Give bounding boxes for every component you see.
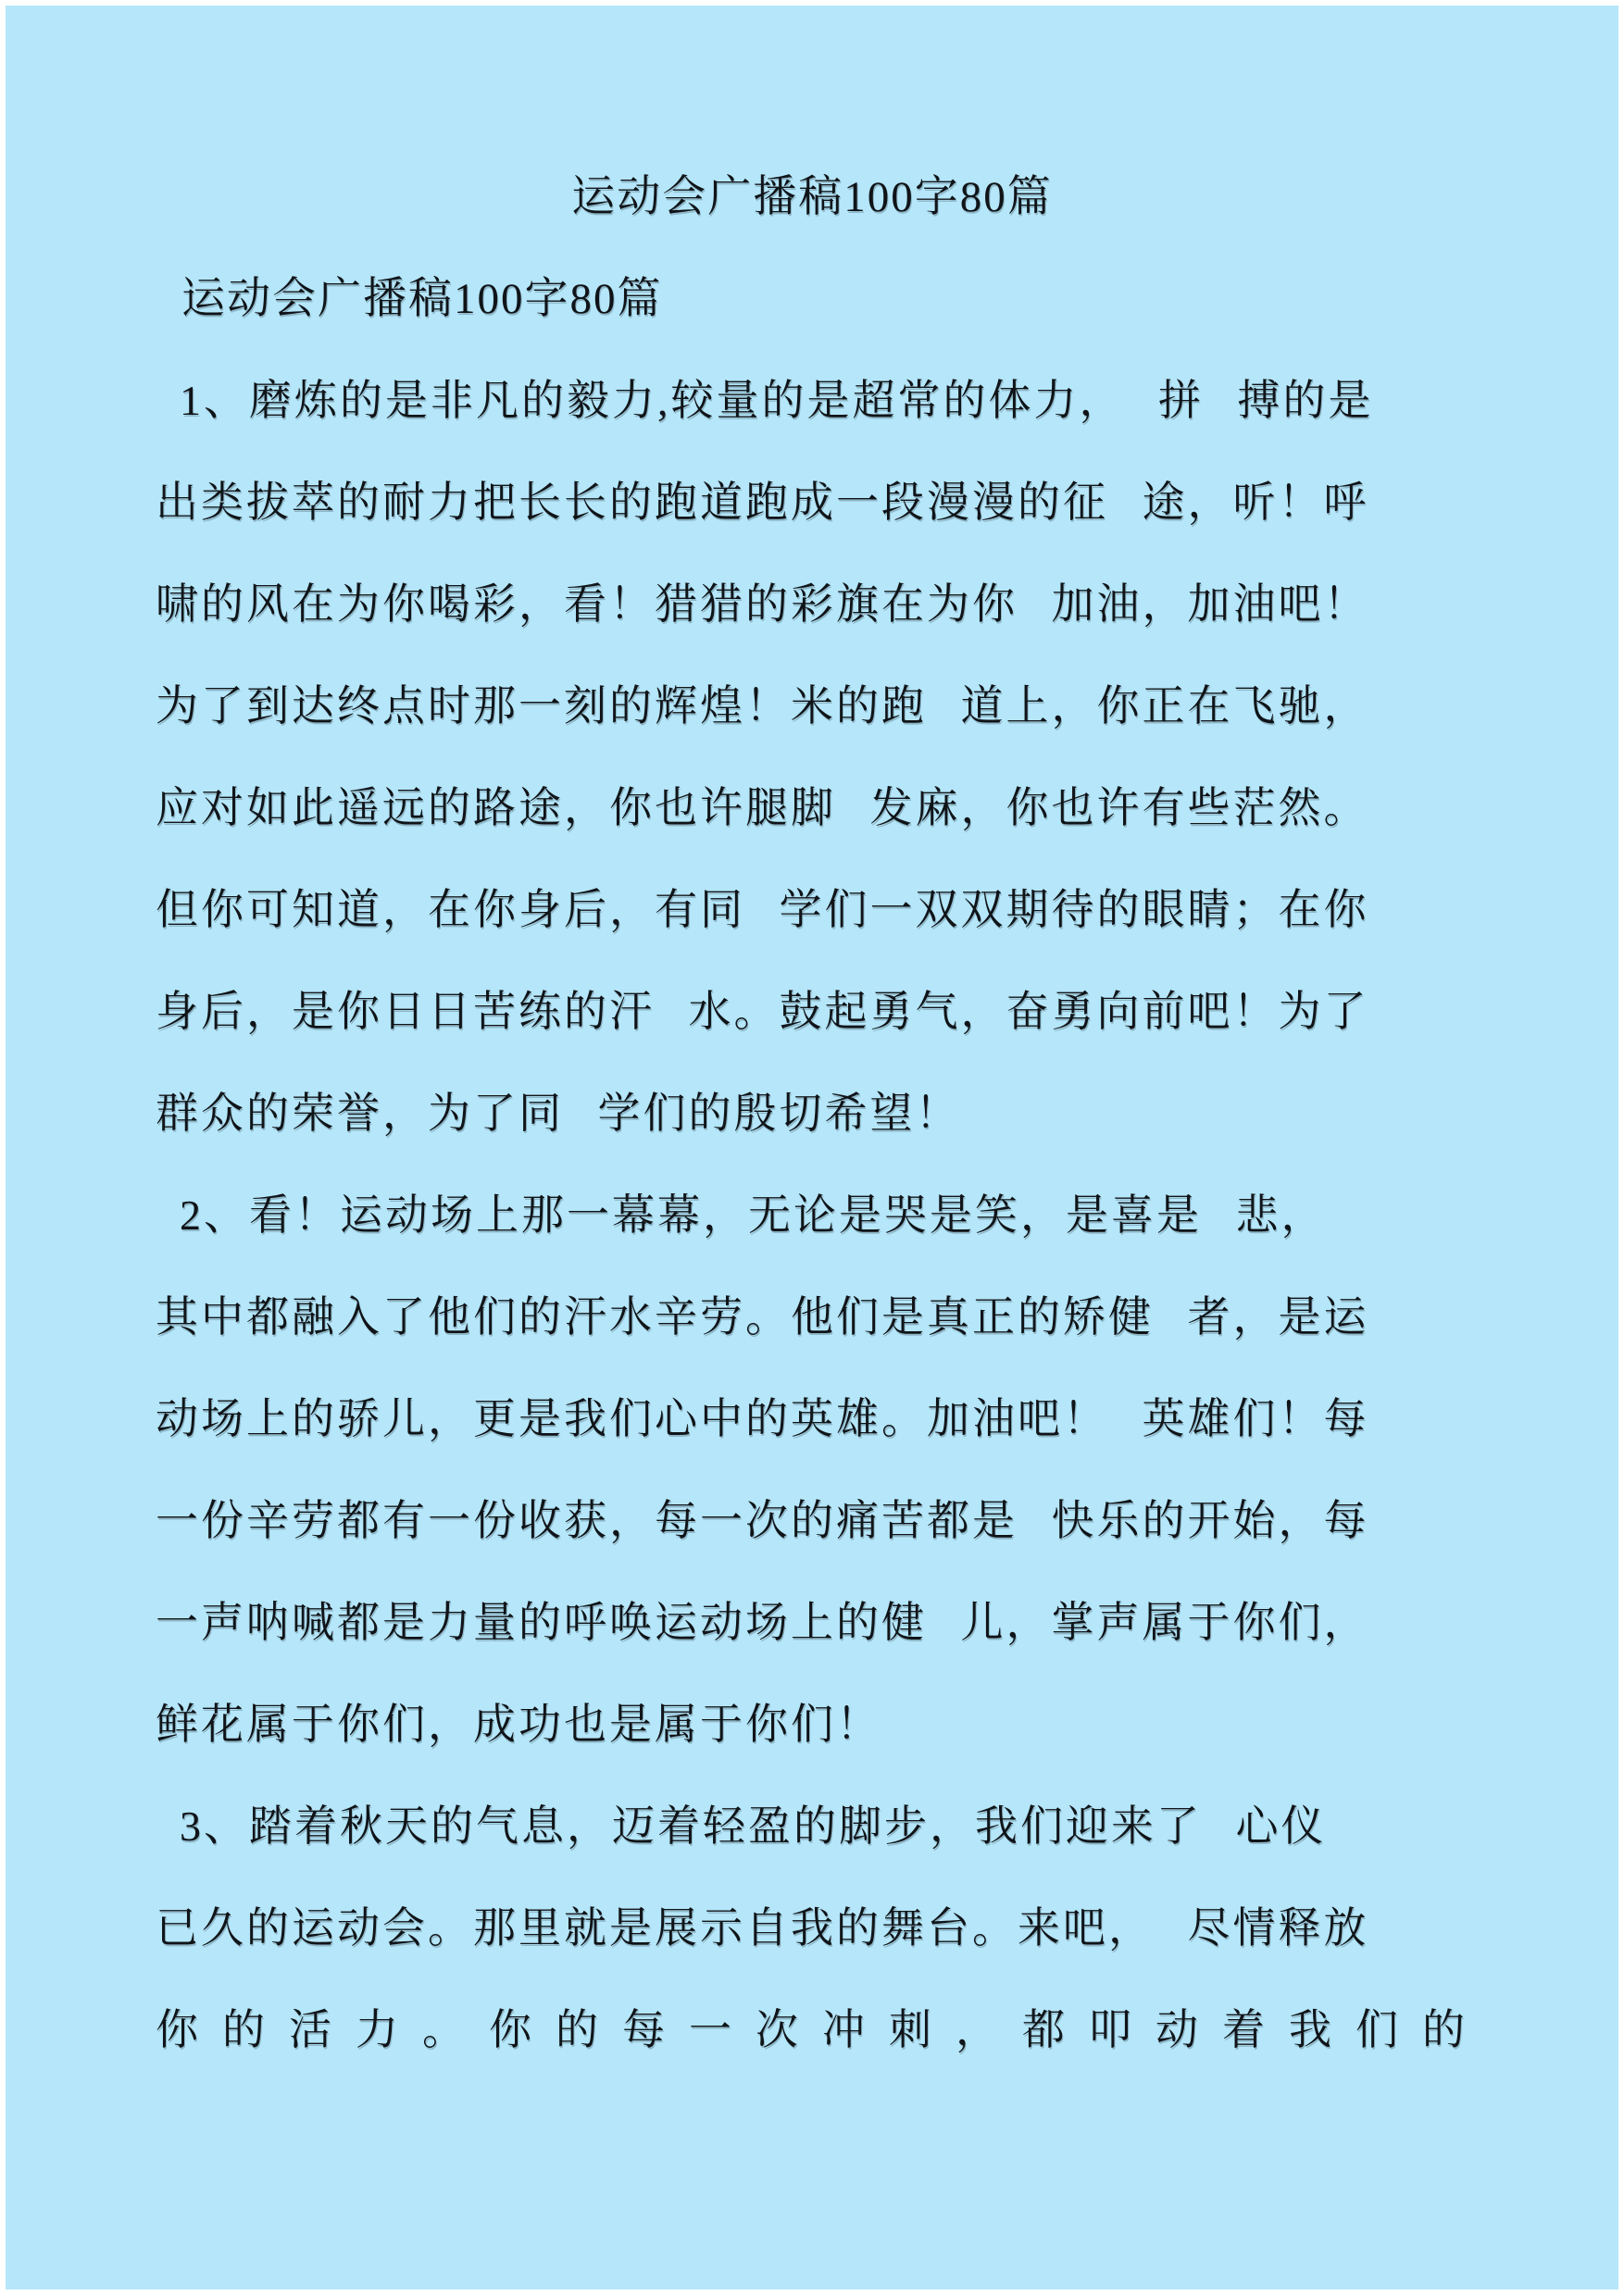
paragraph-1-line: 应对如此遥远的路途，你也许腿脚 发麻，你也许有些茫然。: [156, 757, 1480, 859]
paragraph-2-line: 一份辛劳都有一份收获，每一次的痛苦都是 快乐的开始，每: [156, 1470, 1480, 1572]
document-page: 运动会广播稿100字80篇 运动会广播稿100字80篇 1、磨炼的是非凡的毅力,…: [6, 6, 1618, 2289]
paragraph-2-line: 鲜花属于你们，成功也是属于你们！: [156, 1674, 1480, 1776]
paragraph-2-line: 其中都融入了他们的汗水辛劳。他们是真正的矫健 者，是运: [156, 1266, 1480, 1368]
paragraph-1-line: 群众的荣誉，为了同 学们的殷切希望！: [156, 1063, 1480, 1165]
document-subtitle: 运动会广播稿100字80篇: [6, 248, 1618, 350]
paragraph-3-line: 你的活力。你的每一次冲刺，都叩动着我们的: [156, 1979, 1480, 2081]
paragraph-1-line: 出类拔萃的耐力把长长的跑道跑成一段漫漫的征 途，听！呼: [156, 452, 1480, 554]
paragraph-2-line: 动场上的骄儿，更是我们心中的英雄。加油吧！ 英雄们！每: [156, 1368, 1480, 1470]
paragraph-1-line: 身后，是你日日苦练的汗 水。鼓起勇气，奋勇向前吧！为了: [156, 961, 1480, 1063]
paragraph-1-line: 但你可知道，在你身后，有同 学们一双双期待的眼睛；在你: [156, 859, 1480, 961]
paragraph-2-line: 一声呐喊都是力量的呼唤运动场上的健 儿，掌声属于你们，: [156, 1572, 1480, 1674]
paragraph-1-line: 为了到达终点时那一刻的辉煌！米的跑 道上，你正在飞驰，: [156, 655, 1480, 757]
document-body: 1、磨炼的是非凡的毅力,较量的是超常的体力， 拼 搏的是出类拔萃的耐力把长长的跑…: [6, 350, 1618, 2081]
paragraph-2-line: 2、看！运动场上那一幕幕，无论是哭是笑，是喜是 悲，: [156, 1165, 1480, 1266]
paragraph-1-line: 1、磨炼的是非凡的毅力,较量的是超常的体力， 拼 搏的是: [156, 350, 1480, 452]
page-title: 运动会广播稿100字80篇: [6, 146, 1618, 248]
paragraph-1-line: 啸的风在为你喝彩，看！猎猎的彩旗在为你 加油，加油吧！: [156, 554, 1480, 655]
paragraph-3-line: 3、踏着秋天的气息，迈着轻盈的脚步，我们迎来了 心仪: [156, 1776, 1480, 1877]
paragraph-3-line: 已久的运动会。那里就是展示自我的舞台。来吧， 尽情释放: [156, 1877, 1480, 1979]
